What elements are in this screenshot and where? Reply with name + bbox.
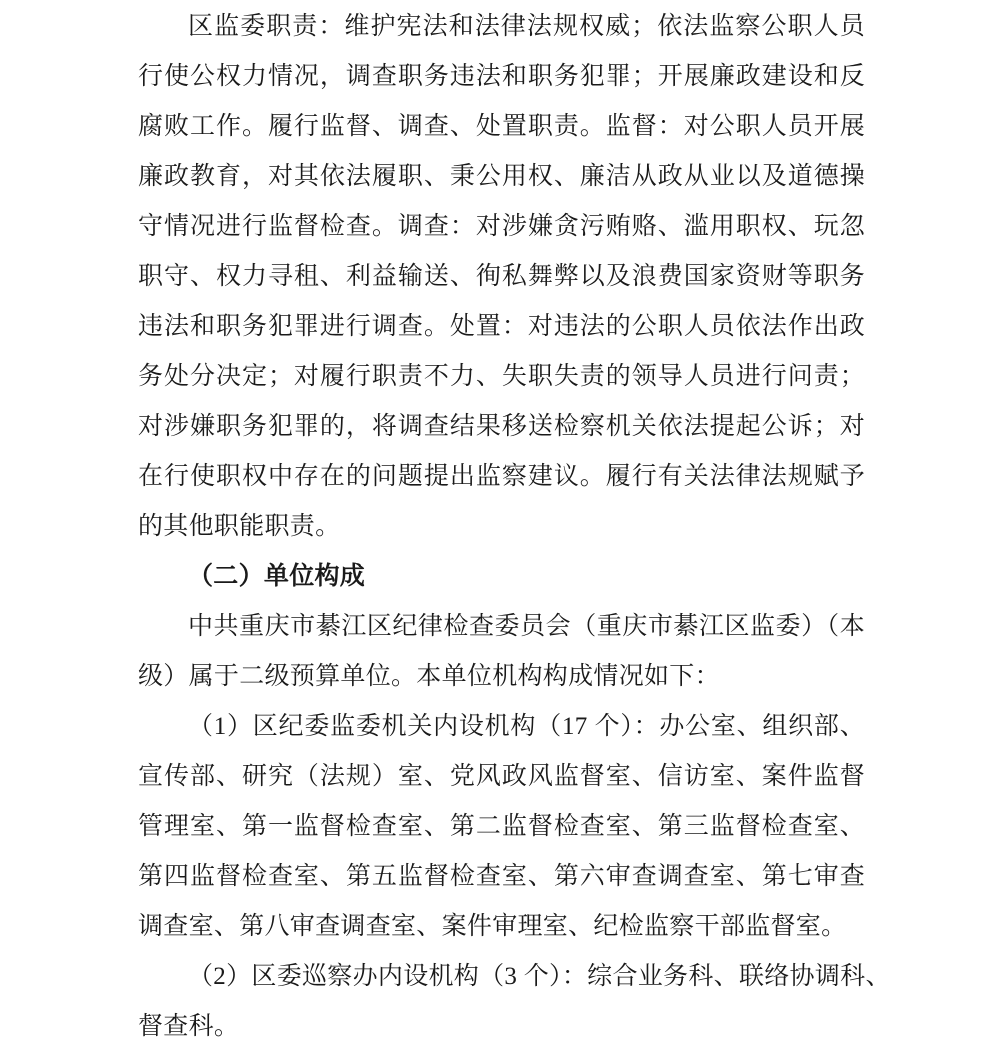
text-line: 职守、权力寻租、利益输送、徇私舞弊以及浪费国家资财等职务 [138, 252, 865, 302]
paragraph-unit-composition: 中共重庆市綦江区纪律检查委员会（重庆市綦江区监委）（本 级）属于二级预算单位。本… [138, 602, 865, 702]
text-line: 的其他职能职责。 [138, 502, 865, 552]
text-line: 管理室、第一监督检查室、第二监督检查室、第三监督检查室、 [138, 802, 865, 852]
text-line: 级）属于二级预算单位。本单位机构构成情况如下： [138, 652, 865, 702]
text-line: 中共重庆市綦江区纪律检查委员会（重庆市綦江区监委）（本 [138, 602, 865, 652]
text-line: 调查室、第八审查调查室、案件审理室、纪检监察干部监督室。 [138, 902, 865, 952]
text-line: 区监委职责：维护宪法和法律法规权威；依法监察公职人员 [138, 2, 865, 52]
text-line: 违法和职务犯罪进行调查。处置：对违法的公职人员依法作出政 [138, 302, 865, 352]
document-page: 区监委职责：维护宪法和法律法规权威；依法监察公职人员 行使公权力情况，调查职务违… [138, 2, 865, 1052]
paragraph-duties: 区监委职责：维护宪法和法律法规权威；依法监察公职人员 行使公权力情况，调查职务违… [138, 2, 865, 552]
text-line: 务处分决定；对履行职责不力、失职失责的领导人员进行问责； [138, 352, 865, 402]
text-line: 第四监督检查室、第五监督检查室、第六审查调查室、第七审查 [138, 852, 865, 902]
section-heading-text: （二）单位构成 [138, 552, 865, 602]
section-heading-unit-composition: （二）单位构成 [138, 552, 865, 602]
paragraph-item2-inspection-office: （2）区委巡察办内设机构（3 个）：综合业务科、联络协调科、 督查科。 [138, 952, 865, 1052]
text-line: 在行使职权中存在的问题提出监察建议。履行有关法律法规赋予 [138, 452, 865, 502]
text-line: 廉政教育，对其依法履职、秉公用权、廉洁从政从业以及道德操 [138, 152, 865, 202]
text-line: 守情况进行监督检查。调查：对涉嫌贪污贿赂、滥用职权、玩忽 [138, 202, 865, 252]
text-line: 行使公权力情况，调查职务违法和职务犯罪；开展廉政建设和反 [138, 52, 865, 102]
text-line: （2）区委巡察办内设机构（3 个）：综合业务科、联络协调科、 [138, 952, 865, 1002]
text-line: 腐败工作。履行监督、调查、处置职责。监督：对公职人员开展 [138, 102, 865, 152]
text-line: （1）区纪委监委机关内设机构（17 个）：办公室、组织部、 [138, 702, 865, 752]
text-line: 宣传部、研究（法规）室、党风政风监督室、信访室、案件监督 [138, 752, 865, 802]
text-line: 督查科。 [138, 1002, 865, 1052]
paragraph-item1-internal-organs: （1）区纪委监委机关内设机构（17 个）：办公室、组织部、 宣传部、研究（法规）… [138, 702, 865, 952]
text-line: 对涉嫌职务犯罪的，将调查结果移送检察机关依法提起公诉；对 [138, 402, 865, 452]
